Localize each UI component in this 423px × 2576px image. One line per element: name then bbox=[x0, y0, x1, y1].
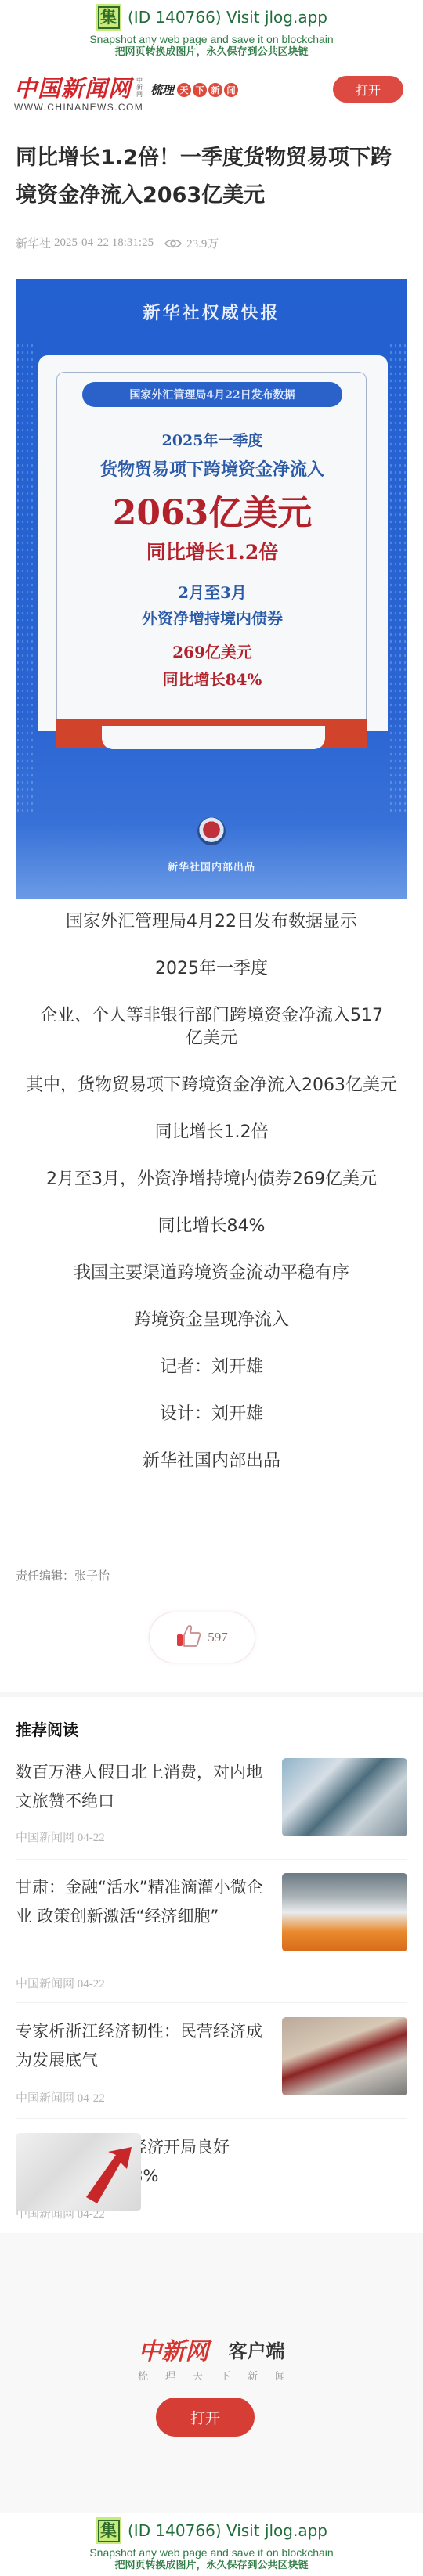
decorative-dots bbox=[16, 342, 34, 812]
promo-tagline: 梳理天下新闻 bbox=[0, 2368, 423, 2383]
site-header: 中国新闻网 中新网 WWW.CHINANEWS.COM 梳理 天 下 新 闻 打… bbox=[0, 70, 423, 119]
article-source: 新华社 bbox=[16, 235, 51, 251]
header-slogan: 梳理 天 下 新 闻 bbox=[150, 81, 238, 98]
red-arrow-icon bbox=[16, 2133, 141, 2211]
article-title: 同比增长1.2倍！一季度货物贸易项下跨境资金净流入2063亿美元 bbox=[16, 139, 407, 214]
infographic-bonds-growth: 同比增长84% bbox=[57, 667, 367, 690]
slogan-circle: 闻 bbox=[224, 83, 238, 97]
infographic-card-frame: 国家外汇管理局4月22日发布数据 2025年一季度 货物贸易项下跨境资金净流入 … bbox=[56, 372, 367, 740]
recommended-item[interactable]: 专家析浙江经济韧性：民营经济成为发展底气 中国新闻网 04-22 bbox=[16, 2017, 407, 2119]
recommended-item-title[interactable]: 甘肃：金融“活水”精准滴灌小微企业 政策创新激活“经济细胞” bbox=[16, 1873, 263, 1931]
recommended-item-title[interactable]: 数百万港人假日北上消费，对内地文旅赞不绝口 bbox=[16, 1758, 263, 1816]
body-paragraph: 设计：刘开雄 bbox=[16, 1403, 407, 1425]
section-divider bbox=[0, 1692, 423, 1697]
infographic-card: 国家外汇管理局4月22日发布数据 2025年一季度 货物贸易项下跨境资金净流入 … bbox=[38, 355, 388, 731]
recommended-item[interactable]: 数百万港人假日北上消费，对内地文旅赞不绝口 中国新闻网 04-22 bbox=[16, 1758, 407, 1860]
infographic-header: 新华社权威快报 bbox=[16, 300, 407, 324]
jlog-logo-icon: 集 bbox=[96, 4, 121, 31]
infographic-bonds: 外资净增持境内债券 bbox=[57, 606, 367, 629]
jlog-tagline-cn: 把网页转换成图片，永久保存到公共区块链 bbox=[0, 45, 423, 59]
infographic-pill: 国家外汇管理局4月22日发布数据 bbox=[82, 382, 342, 407]
recommended-item[interactable]: 甘肃：金融“活水”精准滴灌小微企业 政策创新激活“经济细胞” 中国新闻网 04-… bbox=[16, 1873, 407, 2003]
jlog-tagline-en: Snapshot any web page and save it on blo… bbox=[0, 33, 423, 45]
logo-text: 中国新闻网 bbox=[14, 75, 132, 102]
infographic-producer: 新华社国内部出品 bbox=[16, 859, 407, 874]
decorative-dots bbox=[389, 342, 407, 812]
promo-client-label: 客户端 bbox=[229, 2336, 285, 2363]
recommended-item-title[interactable]: 专家析浙江经济韧性：民营经济成为发展底气 bbox=[16, 2017, 263, 2075]
like-button[interactable]: 597 bbox=[149, 1612, 255, 1663]
promo-separator bbox=[219, 2337, 219, 2361]
article-body: 国家外汇管理局4月22日发布数据显示 2025年一季度 企业、个人等非银行部门跨… bbox=[16, 910, 407, 1497]
slogan-circle: 下 bbox=[193, 83, 207, 97]
chinanews-logo[interactable]: 中国新闻网 中新网 WWW.CHINANEWS.COM bbox=[14, 75, 143, 113]
recommended-item-source: 中国新闻网 04-22 bbox=[16, 2089, 105, 2106]
body-paragraph: 新华社国内部出品 bbox=[16, 1450, 407, 1472]
recommended-item-source: 中国新闻网 04-22 bbox=[16, 1975, 105, 1991]
jlog-tagline-cn: 把网页转换成图片，永久保存到公共区块链 bbox=[0, 2559, 423, 2572]
recommended-item-thumbnail[interactable] bbox=[282, 1873, 407, 1951]
article-datetime: 2025-04-22 18:31:25 bbox=[54, 236, 154, 250]
recommended-item[interactable]: 今年一季度广西经济开局良好GDP同比增长5.8% 中国新闻网 04-22 bbox=[16, 2133, 407, 2233]
view-count: 23.9万 bbox=[186, 235, 219, 251]
xinhua-emblem-icon bbox=[197, 817, 226, 845]
jlog-id-link[interactable]: (ID 140766) Visit jlog.app bbox=[128, 2521, 327, 2540]
promo-brand-logo: 中新网 bbox=[139, 2332, 209, 2366]
responsible-editor: 责任编辑：张子怡 bbox=[16, 1567, 110, 1583]
recommended-item-thumbnail[interactable] bbox=[282, 2017, 407, 2095]
eye-icon bbox=[164, 238, 182, 249]
body-paragraph: 国家外汇管理局4月22日发布数据显示 bbox=[16, 910, 407, 933]
recommended-title: 推荐阅读 bbox=[16, 1717, 78, 1740]
like-count: 597 bbox=[208, 1630, 228, 1645]
logo-url: WWW.CHINANEWS.COM bbox=[14, 102, 143, 113]
body-paragraph: 2月至3月，外资净增持境内债券269亿美元 bbox=[16, 1168, 407, 1191]
header-rule bbox=[295, 312, 327, 312]
article-meta: 新华社 2025-04-22 18:31:25 23.9万 bbox=[16, 235, 219, 251]
body-paragraph: 同比增长1.2倍 bbox=[16, 1121, 407, 1144]
jlog-id-link[interactable]: (ID 140766) Visit jlog.app bbox=[128, 8, 327, 27]
thumbs-up-icon bbox=[176, 1624, 201, 1651]
body-paragraph: 跨境资金呈现净流入 bbox=[16, 1309, 407, 1331]
body-paragraph: 我国主要渠道跨境资金流动平稳有序 bbox=[16, 1262, 407, 1284]
slogan-circle: 天 bbox=[177, 83, 191, 97]
jlog-tagline-en: Snapshot any web page and save it on blo… bbox=[0, 2546, 423, 2559]
slogan-circle: 新 bbox=[208, 83, 222, 97]
infographic-year: 2025年一季度 bbox=[57, 429, 367, 450]
body-paragraph: 其中，货物贸易项下跨境资金净流入2063亿美元 bbox=[16, 1074, 407, 1097]
header-rule bbox=[96, 312, 128, 312]
infographic-months: 2月至3月 bbox=[57, 580, 367, 603]
app-promo-section: 中新网 客户端 梳理天下新闻 打开 bbox=[0, 2233, 423, 2513]
jlog-logo-icon: 集 bbox=[96, 2517, 121, 2544]
body-paragraph: 同比增长84% bbox=[16, 1215, 407, 1238]
infographic-bonds-amount: 269亿美元 bbox=[57, 639, 367, 662]
slogan-brush-text: 梳理 bbox=[150, 81, 174, 98]
logo-vertical-text: 中新网 bbox=[136, 77, 143, 98]
recommended-item-thumbnail[interactable] bbox=[16, 2133, 141, 2211]
jlog-watermark-bottom: 集 (ID 140766) Visit jlog.app Snapshot an… bbox=[0, 2513, 423, 2576]
recommended-item-thumbnail[interactable] bbox=[282, 1758, 407, 1836]
infographic-card-tab bbox=[102, 726, 325, 749]
recommended-item-source: 中国新闻网 04-22 bbox=[16, 1828, 105, 1845]
infographic-amount: 2063亿美元 bbox=[57, 485, 367, 535]
body-paragraph: 记者：刘开雄 bbox=[16, 1356, 407, 1378]
infographic-image[interactable]: 新华社权威快报 国家外汇管理局4月22日发布数据 2025年一季度 货物贸易项下… bbox=[16, 279, 407, 899]
open-app-button[interactable]: 打开 bbox=[333, 76, 403, 103]
promo-brand: 中新网 客户端 bbox=[0, 2332, 423, 2366]
infographic-category: 货物贸易项下跨境资金净流入 bbox=[57, 456, 367, 481]
body-paragraph: 2025年一季度 bbox=[16, 957, 407, 980]
body-paragraph: 企业、个人等非银行部门跨境资金净流入517亿美元 bbox=[16, 1004, 407, 1050]
open-app-button[interactable]: 打开 bbox=[156, 2398, 255, 2437]
jlog-watermark-top: 集 (ID 140766) Visit jlog.app Snapshot an… bbox=[0, 0, 423, 64]
infographic-growth: 同比增长1.2倍 bbox=[57, 537, 367, 565]
